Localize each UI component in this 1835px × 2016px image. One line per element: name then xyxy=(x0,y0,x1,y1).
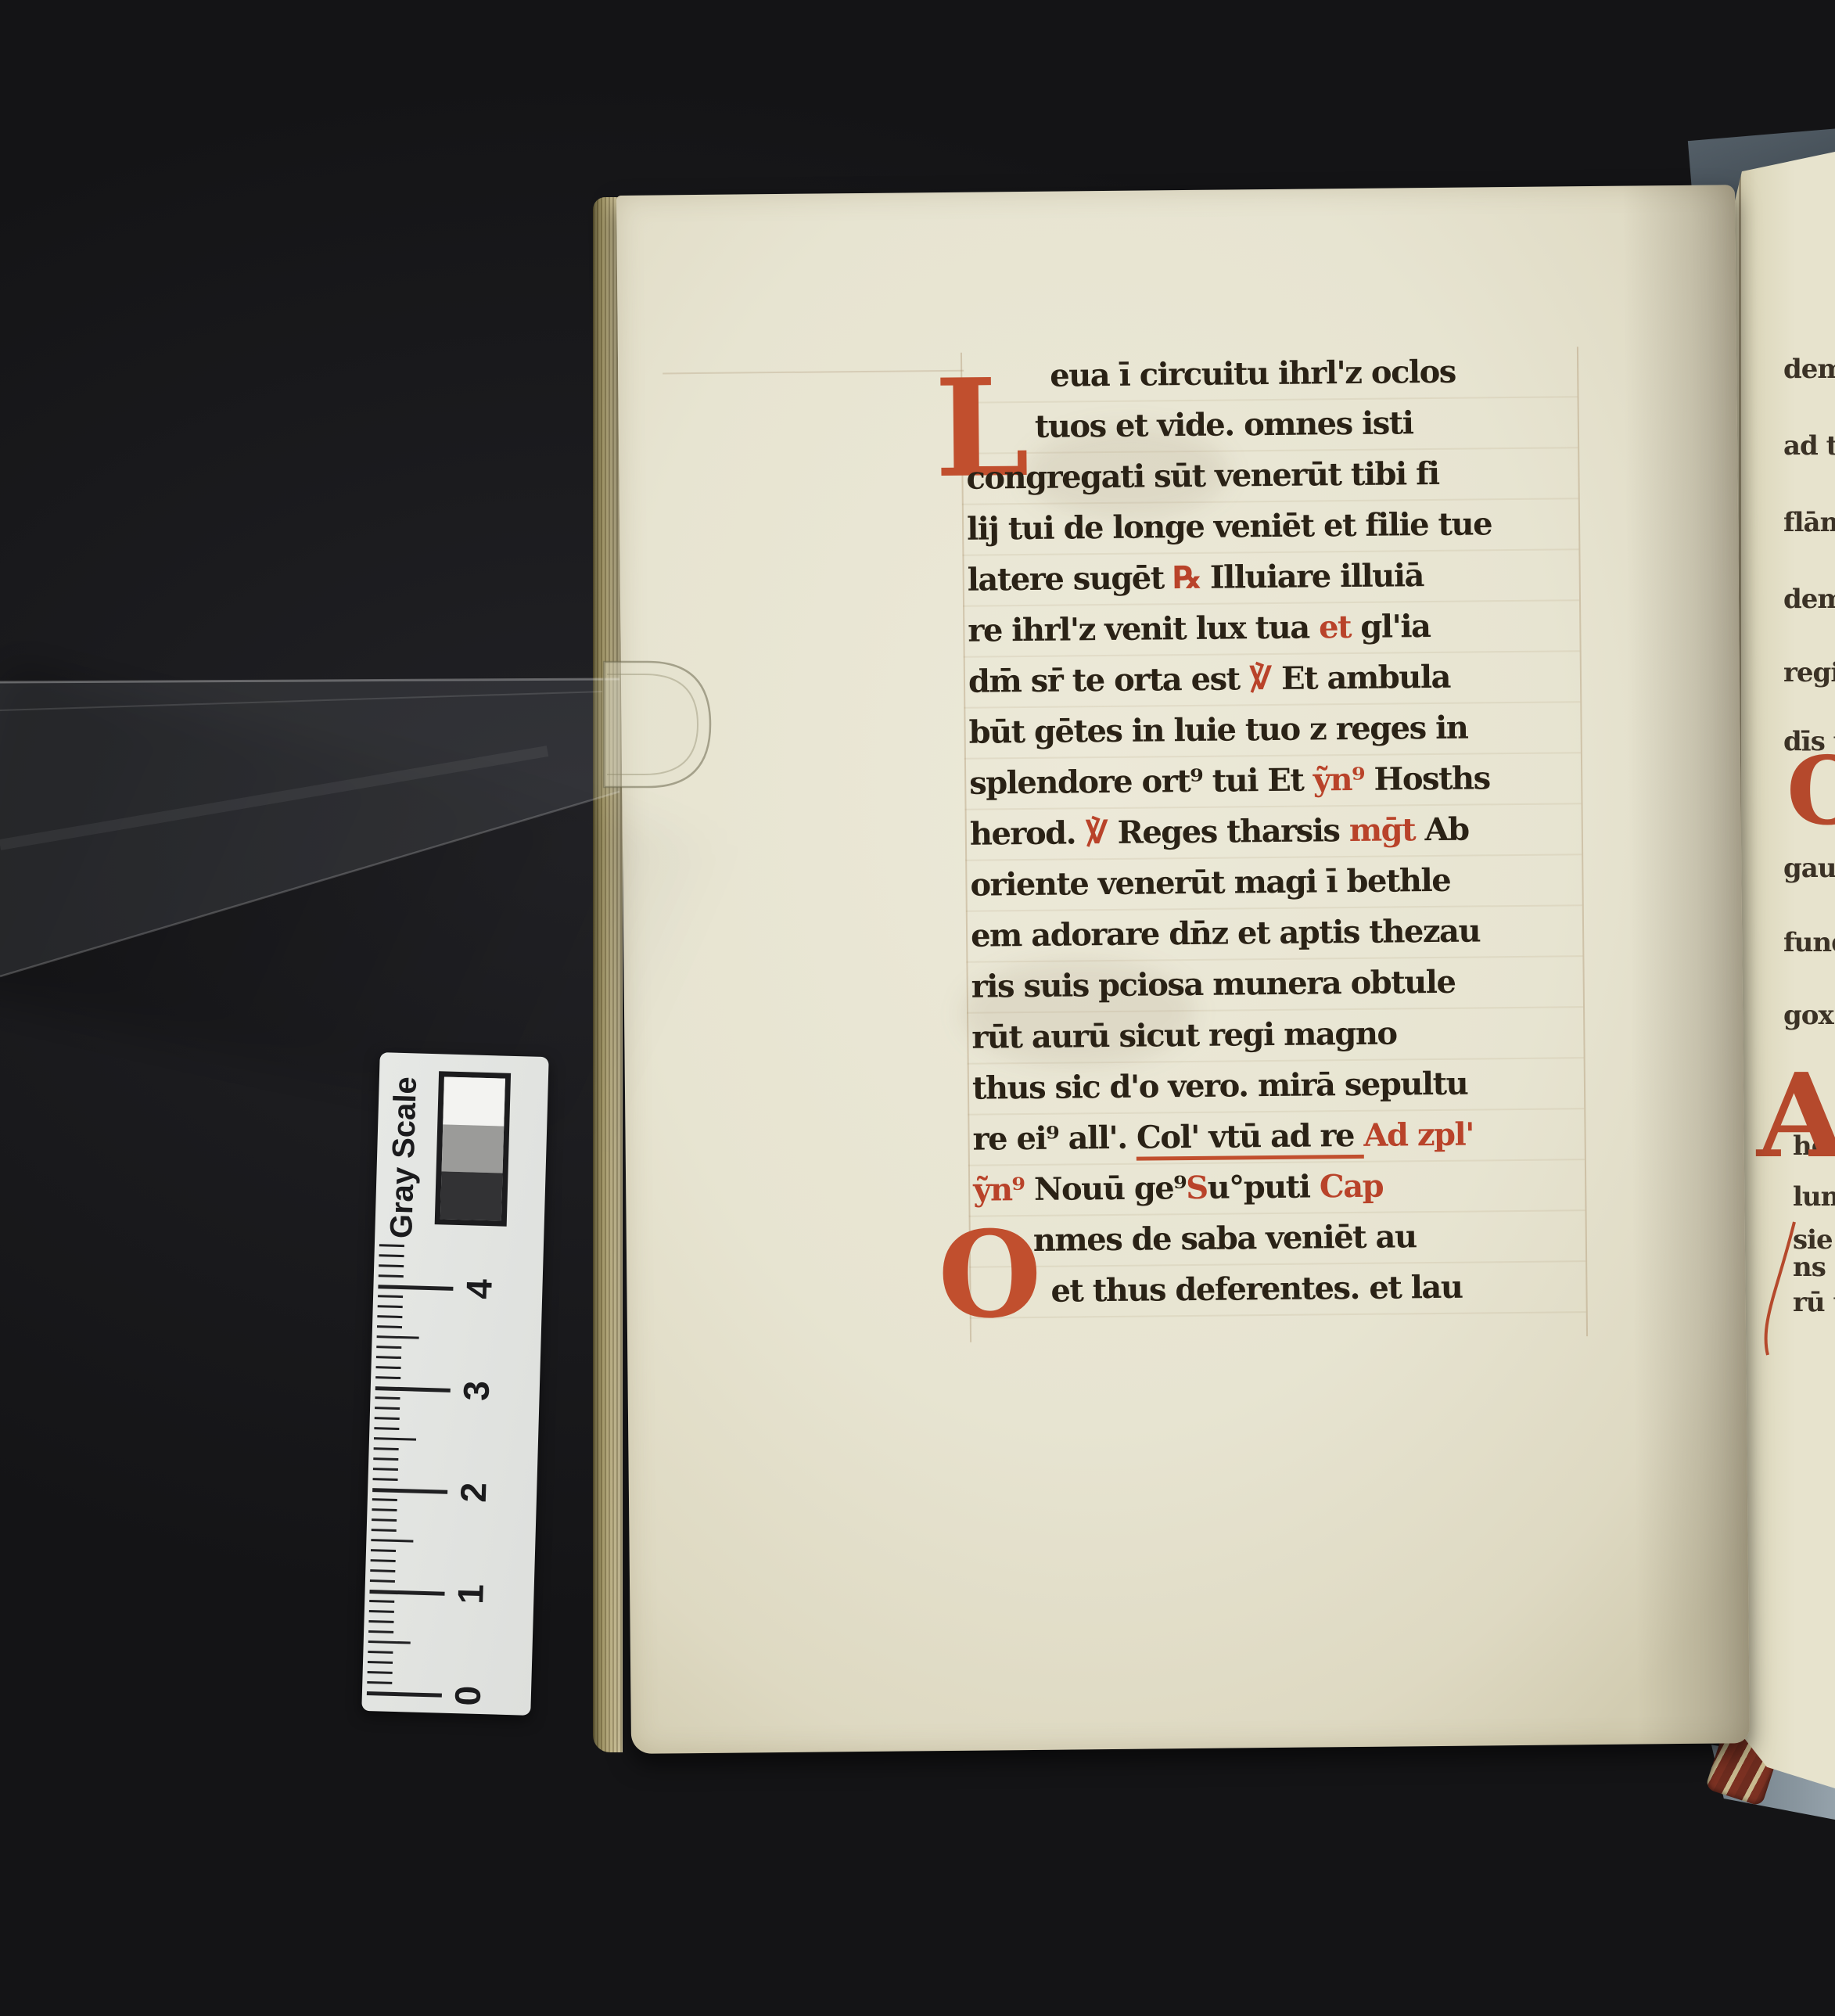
text-segment: ris suis pciosa munera obtule xyxy=(971,964,1456,1005)
photo-background: dem dn̄ad te oflāmademōstregi mdīs tegau… xyxy=(0,0,1835,2016)
manuscript-line: būt gētes in luie tuo z reges in xyxy=(968,710,1467,764)
text-segment: Nouū ge⁹ xyxy=(1024,1170,1186,1208)
text-segment: Illuiare illuiā xyxy=(1200,557,1424,596)
text-segment: rūt aurū sicut regi magno xyxy=(971,1015,1397,1055)
ruler-mm-tick xyxy=(371,1549,396,1552)
manuscript-line: tuos et vide. omnes isti xyxy=(1035,404,1413,458)
ruler-mm-tick xyxy=(369,1610,394,1613)
recto-partial-line: ad te o xyxy=(1783,430,1835,462)
manuscript-line: latere sugēt ℞ Illuiare illuiā xyxy=(968,557,1424,612)
text-segment: thus sic d'o vero. mirā sepultu xyxy=(972,1065,1468,1107)
ruler-mm-tick xyxy=(377,1325,402,1328)
text-segment: eua ī circuitu ihrl'z oclos xyxy=(1050,354,1456,394)
text-segment: gl'ia xyxy=(1351,608,1431,645)
gray-scale-label: Gray Scale xyxy=(384,1058,425,1238)
ruler-mm-tick xyxy=(368,1630,393,1633)
rubric-segment: Ad zpl' xyxy=(1363,1116,1474,1154)
ruler-mm-tick xyxy=(372,1498,397,1501)
manuscript-line: congregati sūt venerūt tibi fi xyxy=(966,455,1439,510)
gray-scale-card: Gray Scale 01234 xyxy=(361,1052,548,1716)
ruler-mm-tick xyxy=(376,1346,401,1349)
ruler-mm-tick xyxy=(367,1681,392,1684)
ruler-mm-tick xyxy=(372,1529,397,1532)
manuscript-line: oriente venerūt magi ī bethle xyxy=(970,862,1450,917)
text-segment: latere sugēt xyxy=(968,559,1174,598)
recto-red-initial-o: O xyxy=(1787,745,1835,839)
ruler-number: 4 xyxy=(461,1270,497,1307)
recto-partial-line: flāma xyxy=(1783,507,1835,538)
ruler-mm-tick xyxy=(377,1315,402,1318)
recto-partial-line: rū th xyxy=(1793,1287,1835,1318)
text-segment: u°puti xyxy=(1207,1168,1320,1206)
text-segment: re ihrl'z venit lux tua xyxy=(968,609,1319,649)
ruler-cm-tick xyxy=(367,1691,442,1698)
recto-partial-line: funde xyxy=(1783,927,1835,958)
ruler-mm-tick xyxy=(372,1518,397,1522)
rubric-segment: Cap xyxy=(1320,1168,1384,1206)
rubric-segment: ℞ xyxy=(1173,559,1201,596)
text-segment: nmes de saba veniēt au xyxy=(1033,1218,1417,1259)
text-segment: splendore ort⁹ tui Et xyxy=(969,761,1313,801)
text-segment: congregati sūt venerūt tibi fi xyxy=(966,455,1438,497)
ruler-number: 3 xyxy=(458,1372,494,1409)
text-segment: Reges tharsis xyxy=(1108,812,1349,851)
rubric-segment: ℣ xyxy=(1249,660,1272,697)
text-segment: oriente venerūt magi ī bethle xyxy=(970,862,1450,904)
ruler-mm-tick xyxy=(378,1295,403,1298)
ruler-mm-tick xyxy=(375,1376,400,1379)
text-segment: Col' vtū ad re xyxy=(1137,1117,1364,1161)
gray-scale-patches xyxy=(435,1071,511,1226)
rubric-segment: et xyxy=(1319,609,1351,645)
ruler-mm-tick xyxy=(370,1579,395,1583)
ruler-mm-tick xyxy=(368,1620,393,1623)
recto-partial-line: ns su xyxy=(1793,1252,1835,1283)
manuscript-line: nmes de saba veniēt au xyxy=(1033,1218,1417,1272)
ruler-mm-tick xyxy=(374,1427,399,1430)
text-segment: et thus deferentes. et lau xyxy=(1050,1269,1462,1310)
manuscript-line: rūt aurū sicut regi magno xyxy=(971,1015,1397,1069)
ruler-mm-tick xyxy=(379,1254,404,1257)
manuscript-line: herod. ℣ Reges tharsis mḡt Ab xyxy=(970,811,1469,866)
ruler-mm-tick xyxy=(370,1569,395,1572)
recto-partial-line: dem dn̄ xyxy=(1783,354,1835,385)
ruler-number: 2 xyxy=(455,1474,492,1511)
ruler-cm-tick xyxy=(369,1590,444,1596)
text-segment: dm̄ sr̄ te orta est xyxy=(968,660,1249,699)
manuscript-line: et thus deferentes. et lau xyxy=(1050,1269,1463,1323)
ruler-mm-tick xyxy=(378,1305,403,1308)
strip-top-edge xyxy=(0,679,619,682)
text-segment: tuos et vide. omnes isti xyxy=(1035,404,1413,445)
ruler-mm-tick xyxy=(375,1407,400,1410)
manuscript-line: re ei⁹ all'. Col' vtū ad re Ad zpl' xyxy=(972,1116,1474,1171)
ruler-number: 0 xyxy=(449,1677,486,1714)
manuscript-line: em adorare dn̄z et aptis thezau xyxy=(971,912,1481,967)
rubric-segment: mḡt xyxy=(1349,811,1416,849)
ruler-cm-tick xyxy=(375,1386,451,1393)
ruler-mm-tick xyxy=(375,1417,400,1420)
ruler-mm-tick xyxy=(374,1437,416,1441)
patch-dark-gray xyxy=(440,1172,503,1221)
text-segment: Ab xyxy=(1415,811,1469,849)
ruler-mm-tick xyxy=(376,1356,401,1359)
manuscript-line: eua ī circuitu ihrl'z oclos xyxy=(1050,354,1456,408)
rubric-segment: ℣ xyxy=(1085,814,1108,851)
recto-partial-line: regi m xyxy=(1783,657,1835,688)
patch-white xyxy=(443,1076,505,1126)
recto-partial-line: demōst xyxy=(1783,584,1835,615)
ruler-mm-tick xyxy=(368,1640,411,1644)
ruler-number: 1 xyxy=(452,1576,489,1612)
text-segment: herod. xyxy=(970,814,1086,852)
red-initial-o: O xyxy=(938,1215,1043,1335)
ruler-mm-tick xyxy=(374,1447,399,1450)
ruler-mm-tick xyxy=(375,1396,400,1400)
text-segment: Et ambula xyxy=(1271,659,1450,697)
recto-page-sliver: dem dn̄ad te oflāmademōstregi mdīs tegau… xyxy=(1735,152,1835,1788)
manuscript-line: splendore ort⁹ tui Et ỹn⁹ Hosths xyxy=(969,760,1490,814)
rubric-segment: S xyxy=(1186,1170,1208,1206)
ruler-mm-tick xyxy=(376,1366,401,1369)
ruler-mm-tick xyxy=(371,1539,413,1543)
ruler-mm-tick xyxy=(373,1478,398,1481)
ruler-mm-tick xyxy=(377,1335,419,1339)
ruler-cm-tick xyxy=(378,1285,453,1291)
manuscript-line: re ihrl'z venit lux tua et gl'ia xyxy=(968,608,1431,663)
ruler-mm-tick xyxy=(373,1457,398,1461)
ruler-mm-tick xyxy=(379,1244,404,1247)
text-segment: lij tui de longe veniēt et filie tue xyxy=(967,505,1492,547)
recto-partial-line: gaude xyxy=(1783,853,1835,884)
ruler-mm-tick xyxy=(368,1651,393,1654)
manuscript-line: dm̄ sr̄ te orta est ℣ Et ambula xyxy=(968,659,1451,713)
rubric-segment: ỹn⁹ xyxy=(1313,761,1365,799)
recto-partial-line: lumē xyxy=(1793,1181,1835,1213)
ruler-mm-tick xyxy=(371,1559,396,1562)
ruler-mm-tick xyxy=(379,1264,404,1267)
ruler-cm-tick xyxy=(372,1488,447,1494)
recto-red-initial-a: A xyxy=(1757,1058,1835,1173)
patch-mid-gray xyxy=(442,1124,505,1173)
ruler-mm-tick xyxy=(372,1508,397,1511)
ruler-mm-tick xyxy=(368,1671,393,1674)
manuscript-line: lij tui de longe veniēt et filie tue xyxy=(967,505,1492,560)
text-segment: em adorare dn̄z et aptis thezau xyxy=(971,912,1480,954)
ruler-mm-tick xyxy=(368,1661,393,1664)
recto-partial-line: gox n xyxy=(1783,1000,1835,1031)
ruler-mm-tick xyxy=(369,1600,394,1603)
manuscript-line: ỹn⁹ Nouū ge⁹Su°puti Cap xyxy=(973,1168,1383,1222)
recto-partial-line: sie e xyxy=(1793,1224,1835,1256)
ruler-mm-tick xyxy=(379,1274,404,1278)
manuscript-line: thus sic d'o vero. mirā sepultu xyxy=(972,1065,1468,1120)
text-segment: Hosths xyxy=(1364,760,1490,798)
text-segment: būt gētes in luie tuo z reges in xyxy=(968,710,1467,751)
text-segment: re ei⁹ all'. xyxy=(972,1119,1137,1158)
manuscript-line: ris suis pciosa munera obtule xyxy=(971,964,1456,1019)
rubric-segment: ỹn⁹ xyxy=(973,1171,1025,1209)
ruler-mm-tick xyxy=(373,1468,398,1471)
